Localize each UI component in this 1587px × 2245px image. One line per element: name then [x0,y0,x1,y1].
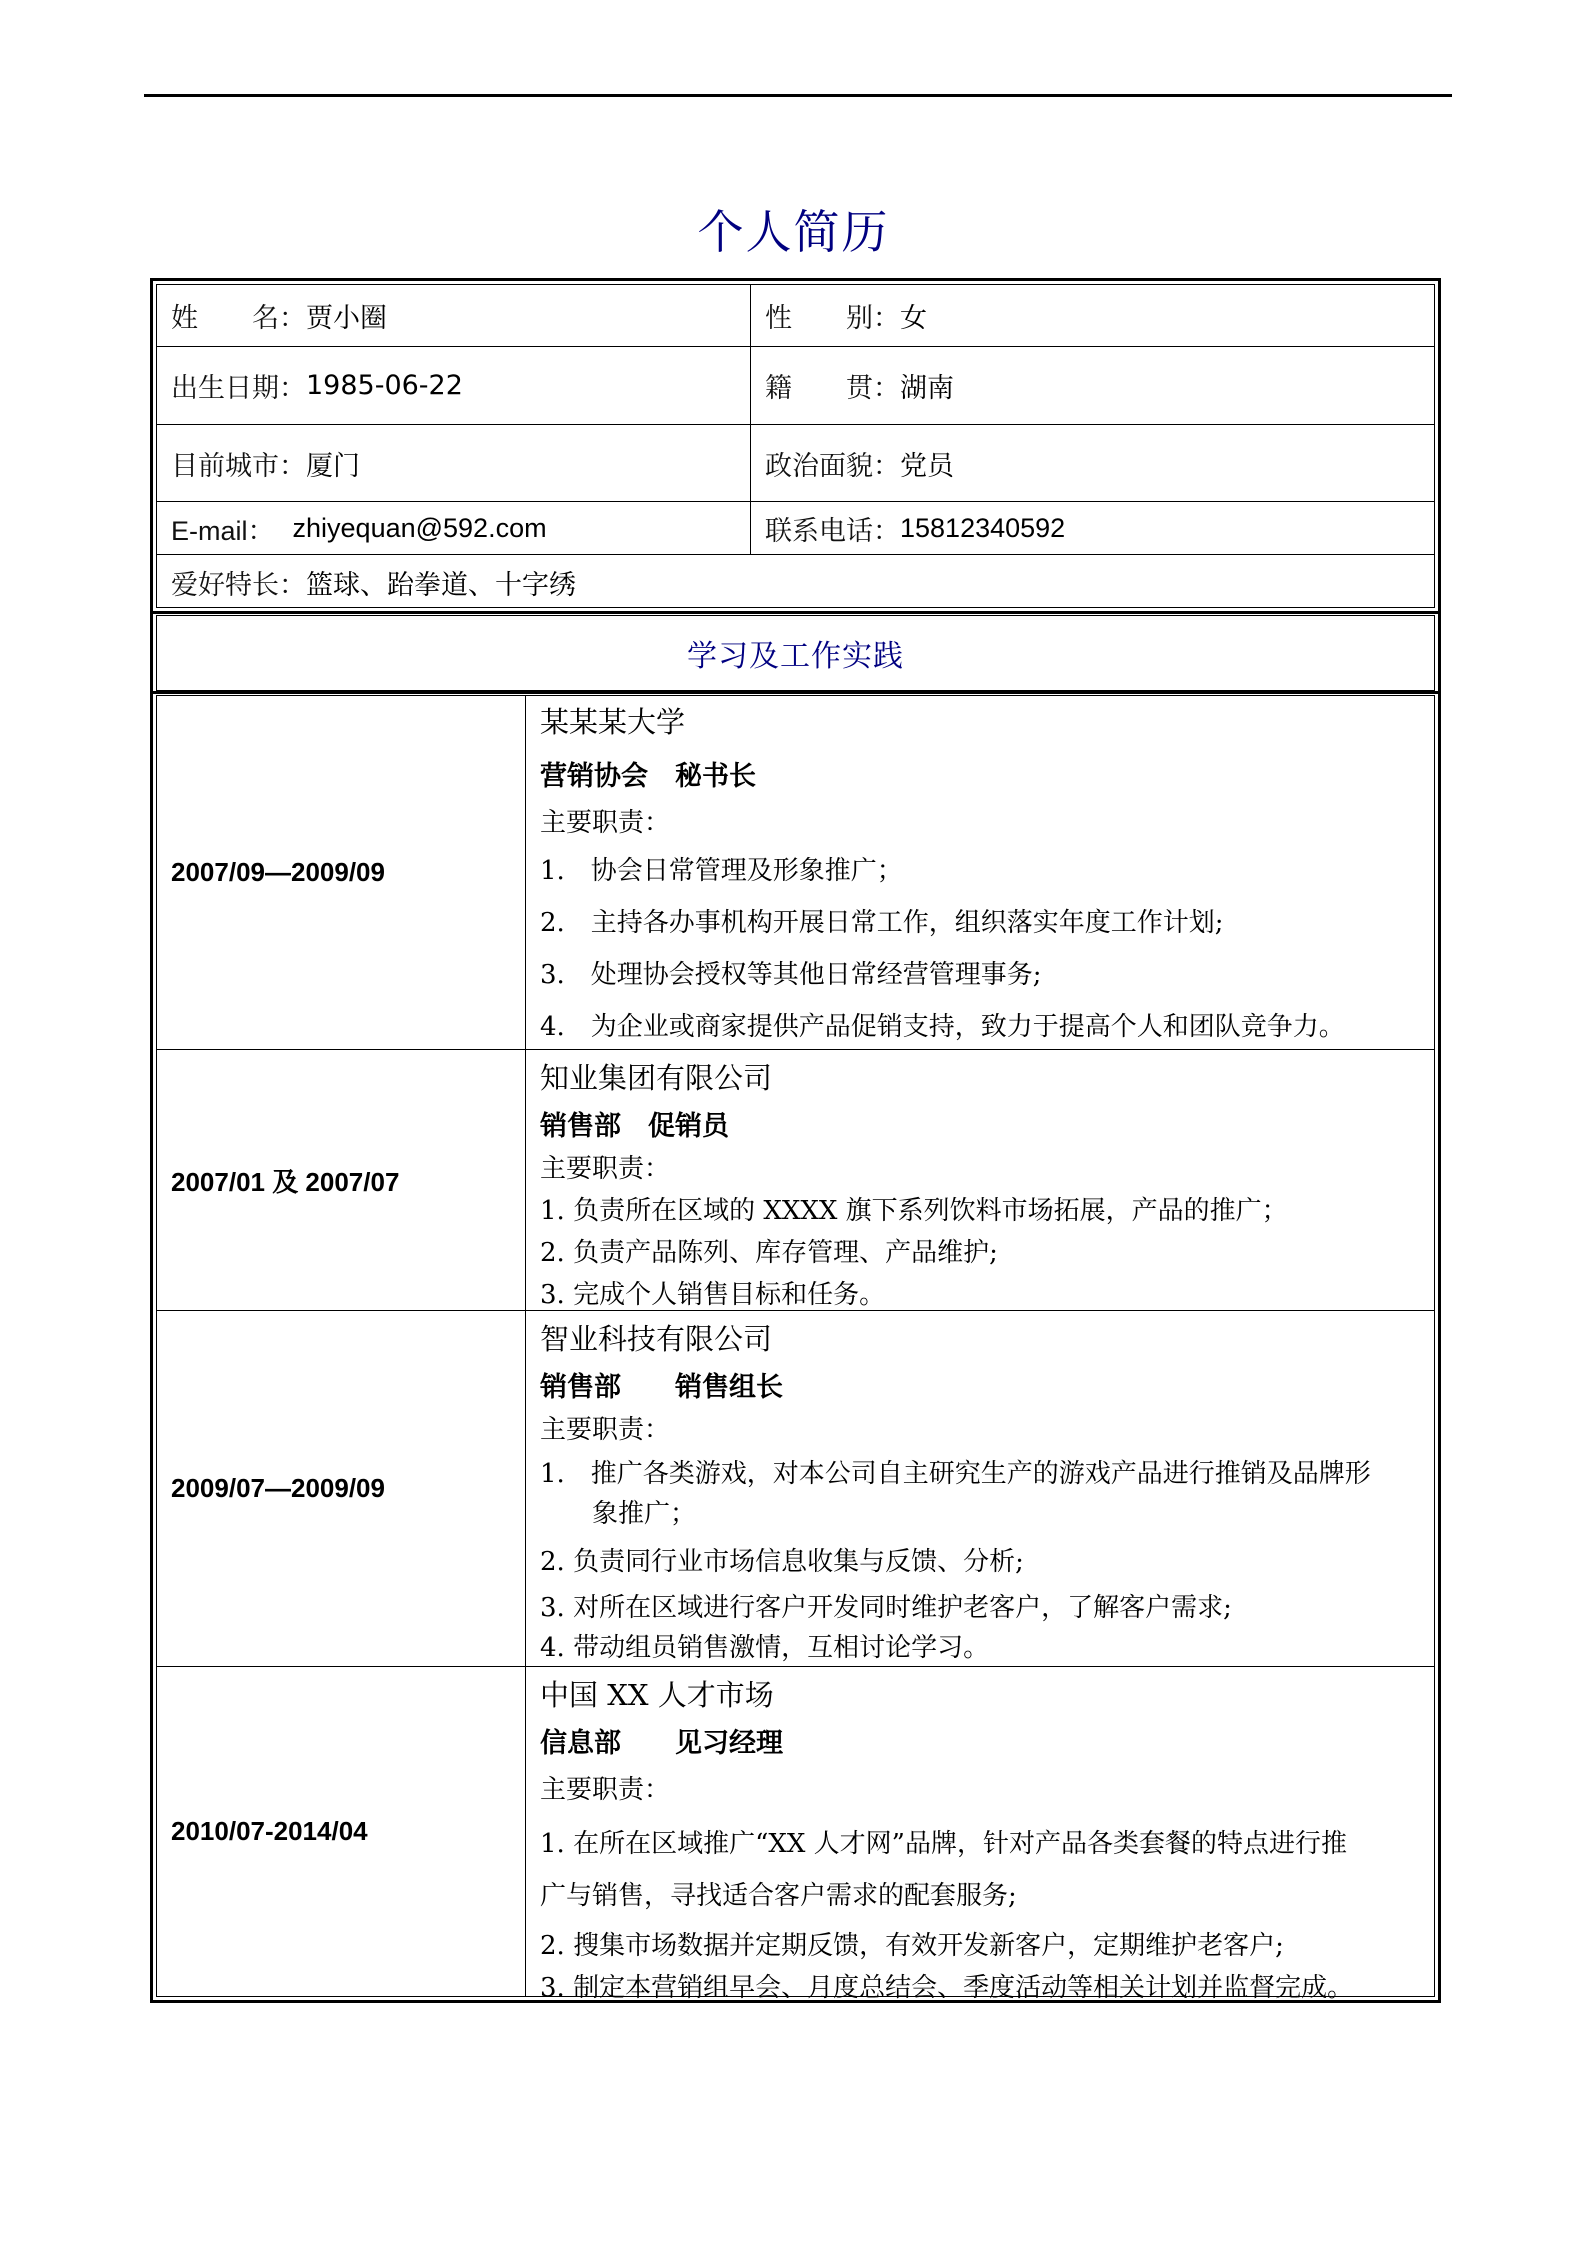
native-place-label: 籍 贯： [765,366,900,405]
political-status-value: 党员 [900,444,954,483]
entry-duty: 2. 负责同行业市场信息收集与反馈、分析; [540,1541,1424,1578]
entry-body: 知业集团有限公司 销售部 促销员 主要职责： 1. 负责所在区域的 XXXX 旗… [526,1050,1434,1310]
entry-period: 2009/07—2009/09 [157,1311,526,1666]
entry-duties-label: 主要职责： [540,802,670,839]
entry-duties-label: 主要职责： [540,1409,670,1446]
entry-duties-label: 主要职责： [540,1148,670,1185]
entry-organization: 知业集团有限公司 [540,1056,772,1097]
entry-role: 销售部 促销员 [540,1104,729,1143]
native-place-value: 湖南 [900,366,954,405]
current-city-value: 厦门 [306,444,360,483]
email-label: E-mail： [171,509,275,548]
gender-cell: 性 别：女 [751,285,1434,346]
entry-period: 2007/09—2009/09 [157,696,526,1049]
experience-entry: 2009/07—2009/09 智业科技有限公司 销售部 销售组长 主要职责： … [157,1311,1434,1667]
gender-label: 性 别： [765,296,900,335]
section-title: 学习及工作实践 [157,616,1434,690]
hobbies-label: 爱好特长： [171,563,306,602]
entry-duty: 3. 对所在区域进行客户开发同时维护老客户，了解客户需求; [540,1587,1424,1624]
phone-cell: 联系电话：15812340592 [751,502,1434,554]
resume-table: 姓 名：贾小圈 性 别：女 出生日期：1985-06-22 籍 贯：湖南 目前城… [150,278,1441,2003]
entry-duty: 3. 处理协会授权等其他日常经营管理事务; [540,954,1424,991]
entry-duties-label: 主要职责： [540,1769,670,1806]
phone-label: 联系电话： [765,509,900,548]
info-row: 目前城市：厦门 政治面貌：党员 [157,425,1434,502]
entry-organization: 智业科技有限公司 [540,1317,772,1358]
entry-duty: 4. 为企业或商家提供产品促销支持，致力于提高个人和团队竞争力。 [540,1006,1424,1043]
name-value: 贾小圈 [306,296,387,335]
info-row: 爱好特长：篮球、跆拳道、十字绣 [157,555,1434,609]
entry-duty: 1. 负责所在区域的 XXXX 旗下系列饮料市场拓展，产品的推广； [540,1190,1424,1227]
current-city-label: 目前城市： [171,444,306,483]
entry-body: 某某某大学 营销协会 秘书长 主要职责： 1. 协会日常管理及形象推广； 2. … [526,696,1434,1049]
entry-duty: 2. 负责产品陈列、库存管理、产品维护; [540,1232,1424,1269]
name-label: 姓 名： [171,296,306,335]
birth-date-cell: 出生日期：1985-06-22 [157,347,751,424]
entry-duty: 3. 完成个人销售目标和任务。 [540,1274,1424,1311]
political-status-cell: 政治面貌：党员 [751,425,1434,501]
email-value: zhiyequan@592.com [293,513,547,544]
entry-duty: 1. 协会日常管理及形象推广； [540,850,1424,887]
current-city-cell: 目前城市：厦门 [157,425,751,501]
entry-body: 中国 XX 人才市场 信息部 见习经理 主要职责： 1. 在所在区域推广“XX … [526,1667,1434,1996]
entry-duty: 广与销售，寻找适合客户需求的配套服务; [540,1875,1424,1912]
hobbies-cell: 爱好特长：篮球、跆拳道、十字绣 [157,555,1434,609]
native-place-cell: 籍 贯：湖南 [751,347,1434,424]
email-cell: E-mail：zhiyequan@592.com [157,502,751,554]
entry-duty: 象推广； [540,1493,1424,1530]
entry-period: 2010/07-2014/04 [157,1667,526,1996]
entry-duty: 4. 带动组员销售激情，互相讨论学习。 [540,1627,1424,1664]
entry-body: 智业科技有限公司 销售部 销售组长 主要职责： 1. 推广各类游戏，对本公司自主… [526,1311,1434,1666]
entry-duty: 3. 制定本营销组早会、月度总结会、季度活动等相关计划并监督完成。 [540,1967,1424,2004]
entry-organization: 中国 XX 人才市场 [540,1673,774,1714]
gender-value: 女 [900,296,927,335]
entry-duty: 2. 主持各办事机构开展日常工作，组织落实年度工作计划; [540,902,1424,939]
block-divider [153,691,1438,694]
birth-date-label: 出生日期： [171,366,306,405]
entry-role: 销售部 销售组长 [540,1365,783,1404]
header-rule [144,94,1452,97]
entry-duty: 1. 推广各类游戏，对本公司自主研究生产的游戏产品进行推销及品牌形 [540,1453,1424,1490]
experience-entry: 2007/01 及 2007/07 知业集团有限公司 销售部 促销员 主要职责：… [157,1050,1434,1311]
political-status-label: 政治面貌： [765,444,900,483]
entry-duty: 2. 搜集市场数据并定期反馈，有效开发新客户，定期维护老客户; [540,1925,1424,1962]
block-divider [153,611,1438,614]
document-title: 个人简历 [0,202,1587,262]
entry-duty: 1. 在所在区域推广“XX 人才网”品牌，针对产品各类套餐的特点进行推 [540,1823,1424,1860]
name-cell: 姓 名：贾小圈 [157,285,751,346]
info-row: 姓 名：贾小圈 性 别：女 [157,285,1434,347]
experience-entry: 2010/07-2014/04 中国 XX 人才市场 信息部 见习经理 主要职责… [157,1667,1434,1996]
section-title-block: 学习及工作实践 [156,615,1435,691]
experience-block: 2007/09—2009/09 某某某大学 营销协会 秘书长 主要职责： 1. … [156,695,1435,1997]
info-row: E-mail：zhiyequan@592.com 联系电话：1581234059… [157,502,1434,555]
hobbies-value: 篮球、跆拳道、十字绣 [306,563,576,602]
personal-info-block: 姓 名：贾小圈 性 别：女 出生日期：1985-06-22 籍 贯：湖南 目前城… [156,284,1435,608]
experience-entry: 2007/09—2009/09 某某某大学 营销协会 秘书长 主要职责： 1. … [157,696,1434,1050]
entry-period: 2007/01 及 2007/07 [157,1050,526,1310]
entry-organization: 某某某大学 [540,700,685,741]
entry-role: 信息部 见习经理 [540,1721,783,1760]
entry-role: 营销协会 秘书长 [540,754,756,793]
birth-date-value: 1985-06-22 [306,370,463,401]
phone-value: 15812340592 [900,513,1065,544]
info-row: 出生日期：1985-06-22 籍 贯：湖南 [157,347,1434,425]
